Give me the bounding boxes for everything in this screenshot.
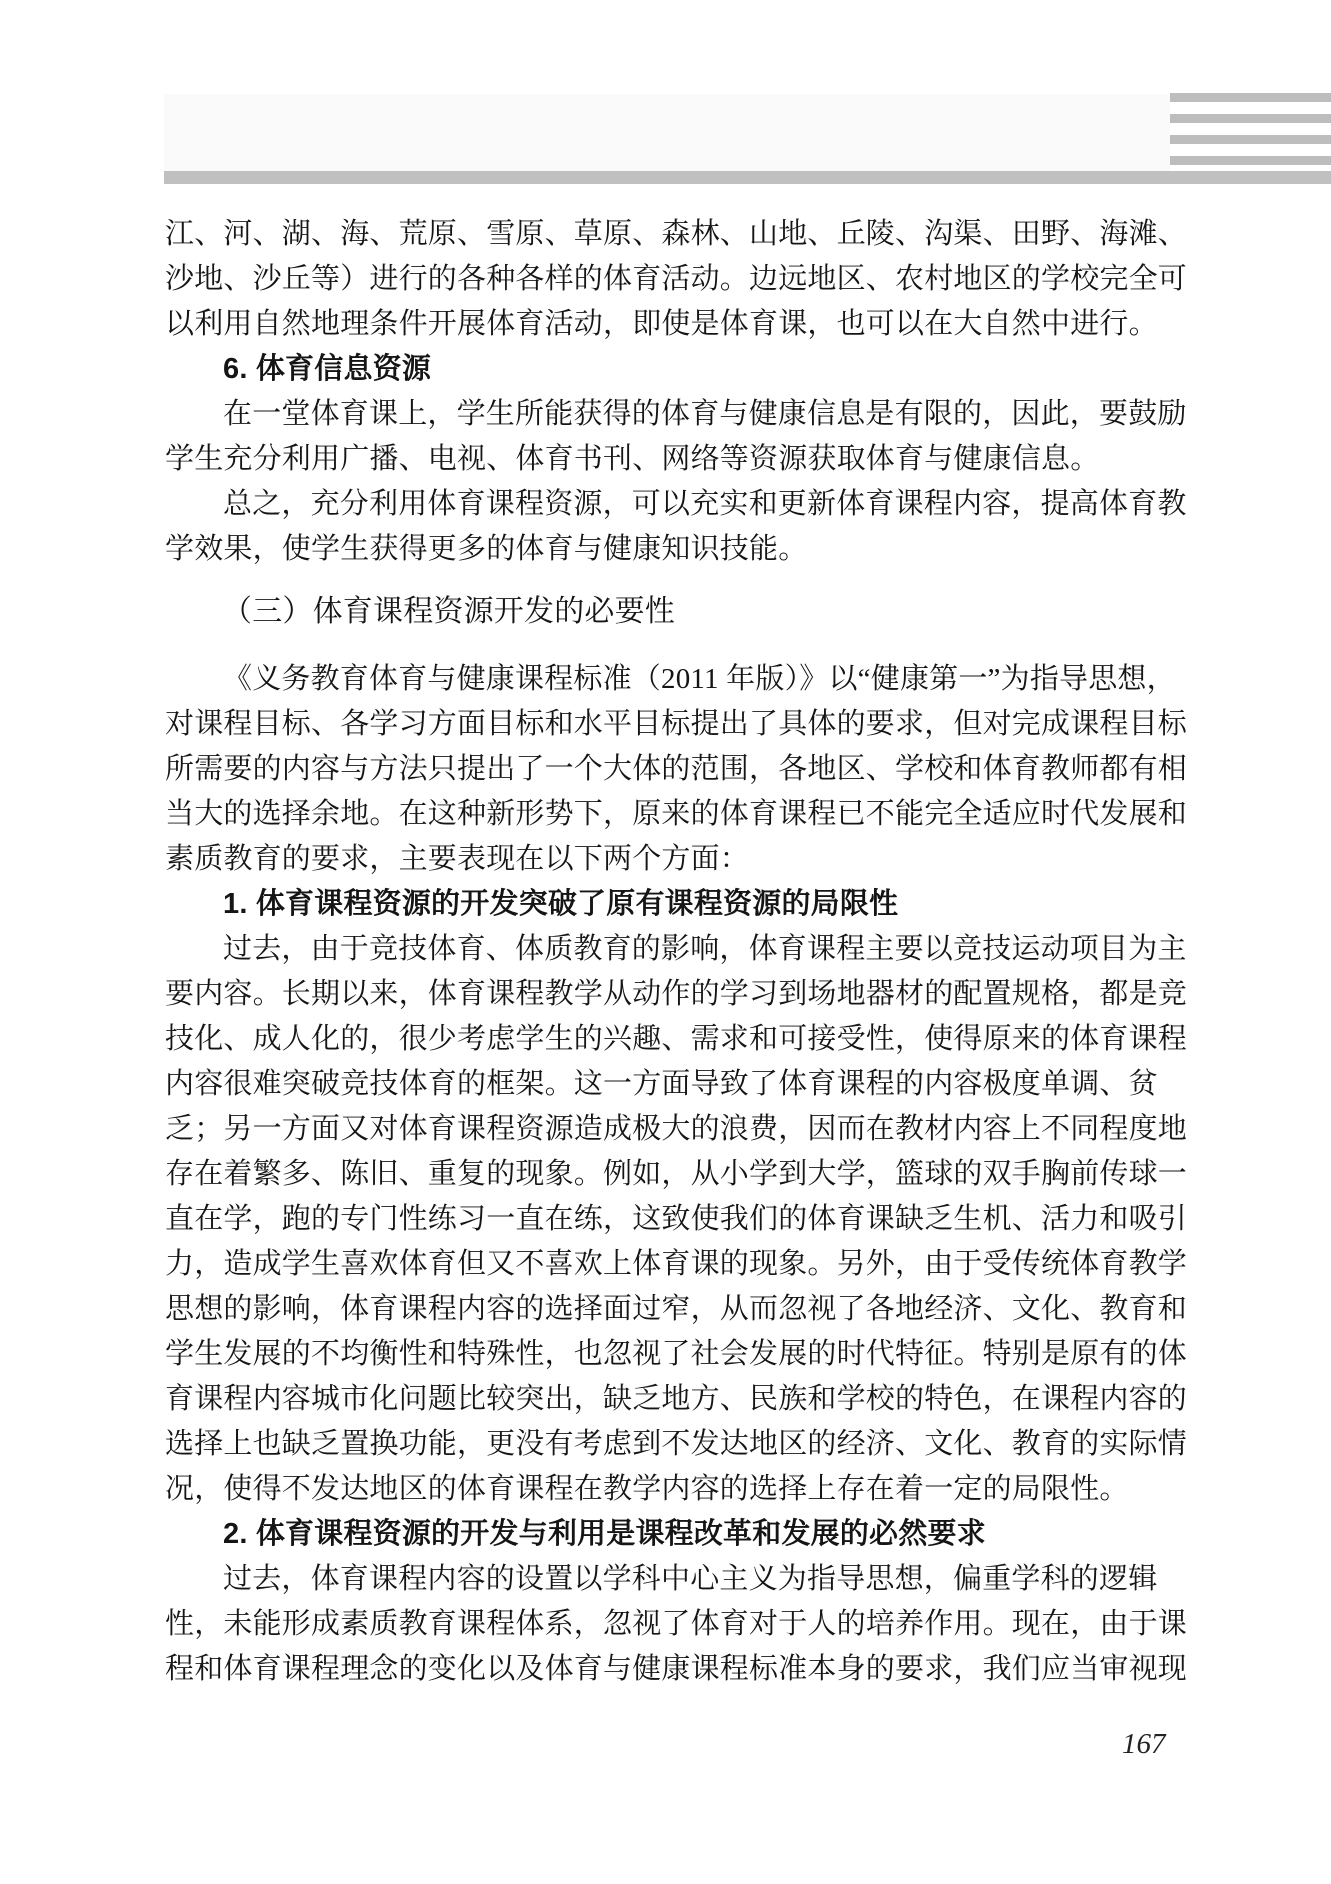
header-stripe-icon — [1170, 114, 1331, 123]
paragraph: 过去，由于竞技体育、体质教育的影响，体育课程主要以竞技运动项目为主 要内容。长期… — [165, 927, 1195, 1512]
text-column: 江、河、湖、海、荒原、雪原、草原、森林、山地、丘陵、沟渠、田野、海滩、 沙地、沙… — [165, 212, 1195, 1692]
page-number: 167 — [1122, 1728, 1166, 1761]
header-stripe-icon — [1170, 93, 1331, 102]
section-heading: 1. 体育课程资源的开发突破了原有课程资源的局限性 — [165, 882, 1195, 927]
header-stripe-icon — [1170, 156, 1331, 165]
header-stripe-icon — [1170, 135, 1331, 144]
paragraph: 在一堂体育课上，学生所能获得的体育与健康信息是有限的，因此，要鼓励 学生充分利用… — [165, 392, 1195, 482]
paragraph: 过去，体育课程内容的设置以学科中心主义为指导思想，偏重学科的逻辑 性，未能形成素… — [165, 1557, 1195, 1692]
paragraph: 江、河、湖、海、荒原、雪原、草原、森林、山地、丘陵、沟渠、田野、海滩、 沙地、沙… — [165, 212, 1195, 347]
paragraph: 《义务教育体育与健康课程标准（2011 年版）》以“健康第一”为指导思想， 对课… — [165, 657, 1195, 882]
book-page: { "page": { "page_number": "167", "backg… — [0, 0, 1331, 1884]
header-band — [164, 94, 1170, 171]
section-heading: 2. 体育课程资源的开发与利用是课程改革和发展的必然要求 — [165, 1512, 1195, 1557]
header-stripes — [1170, 93, 1331, 171]
subsection-heading: （三）体育课程资源开发的必要性 — [165, 589, 1195, 634]
section-heading: 6. 体育信息资源 — [165, 347, 1195, 392]
paragraph: 总之，充分利用体育课程资源，可以充实和更新体育课程内容，提高体育教 学效果，使学… — [165, 482, 1195, 572]
header-rule-bar — [164, 171, 1331, 184]
